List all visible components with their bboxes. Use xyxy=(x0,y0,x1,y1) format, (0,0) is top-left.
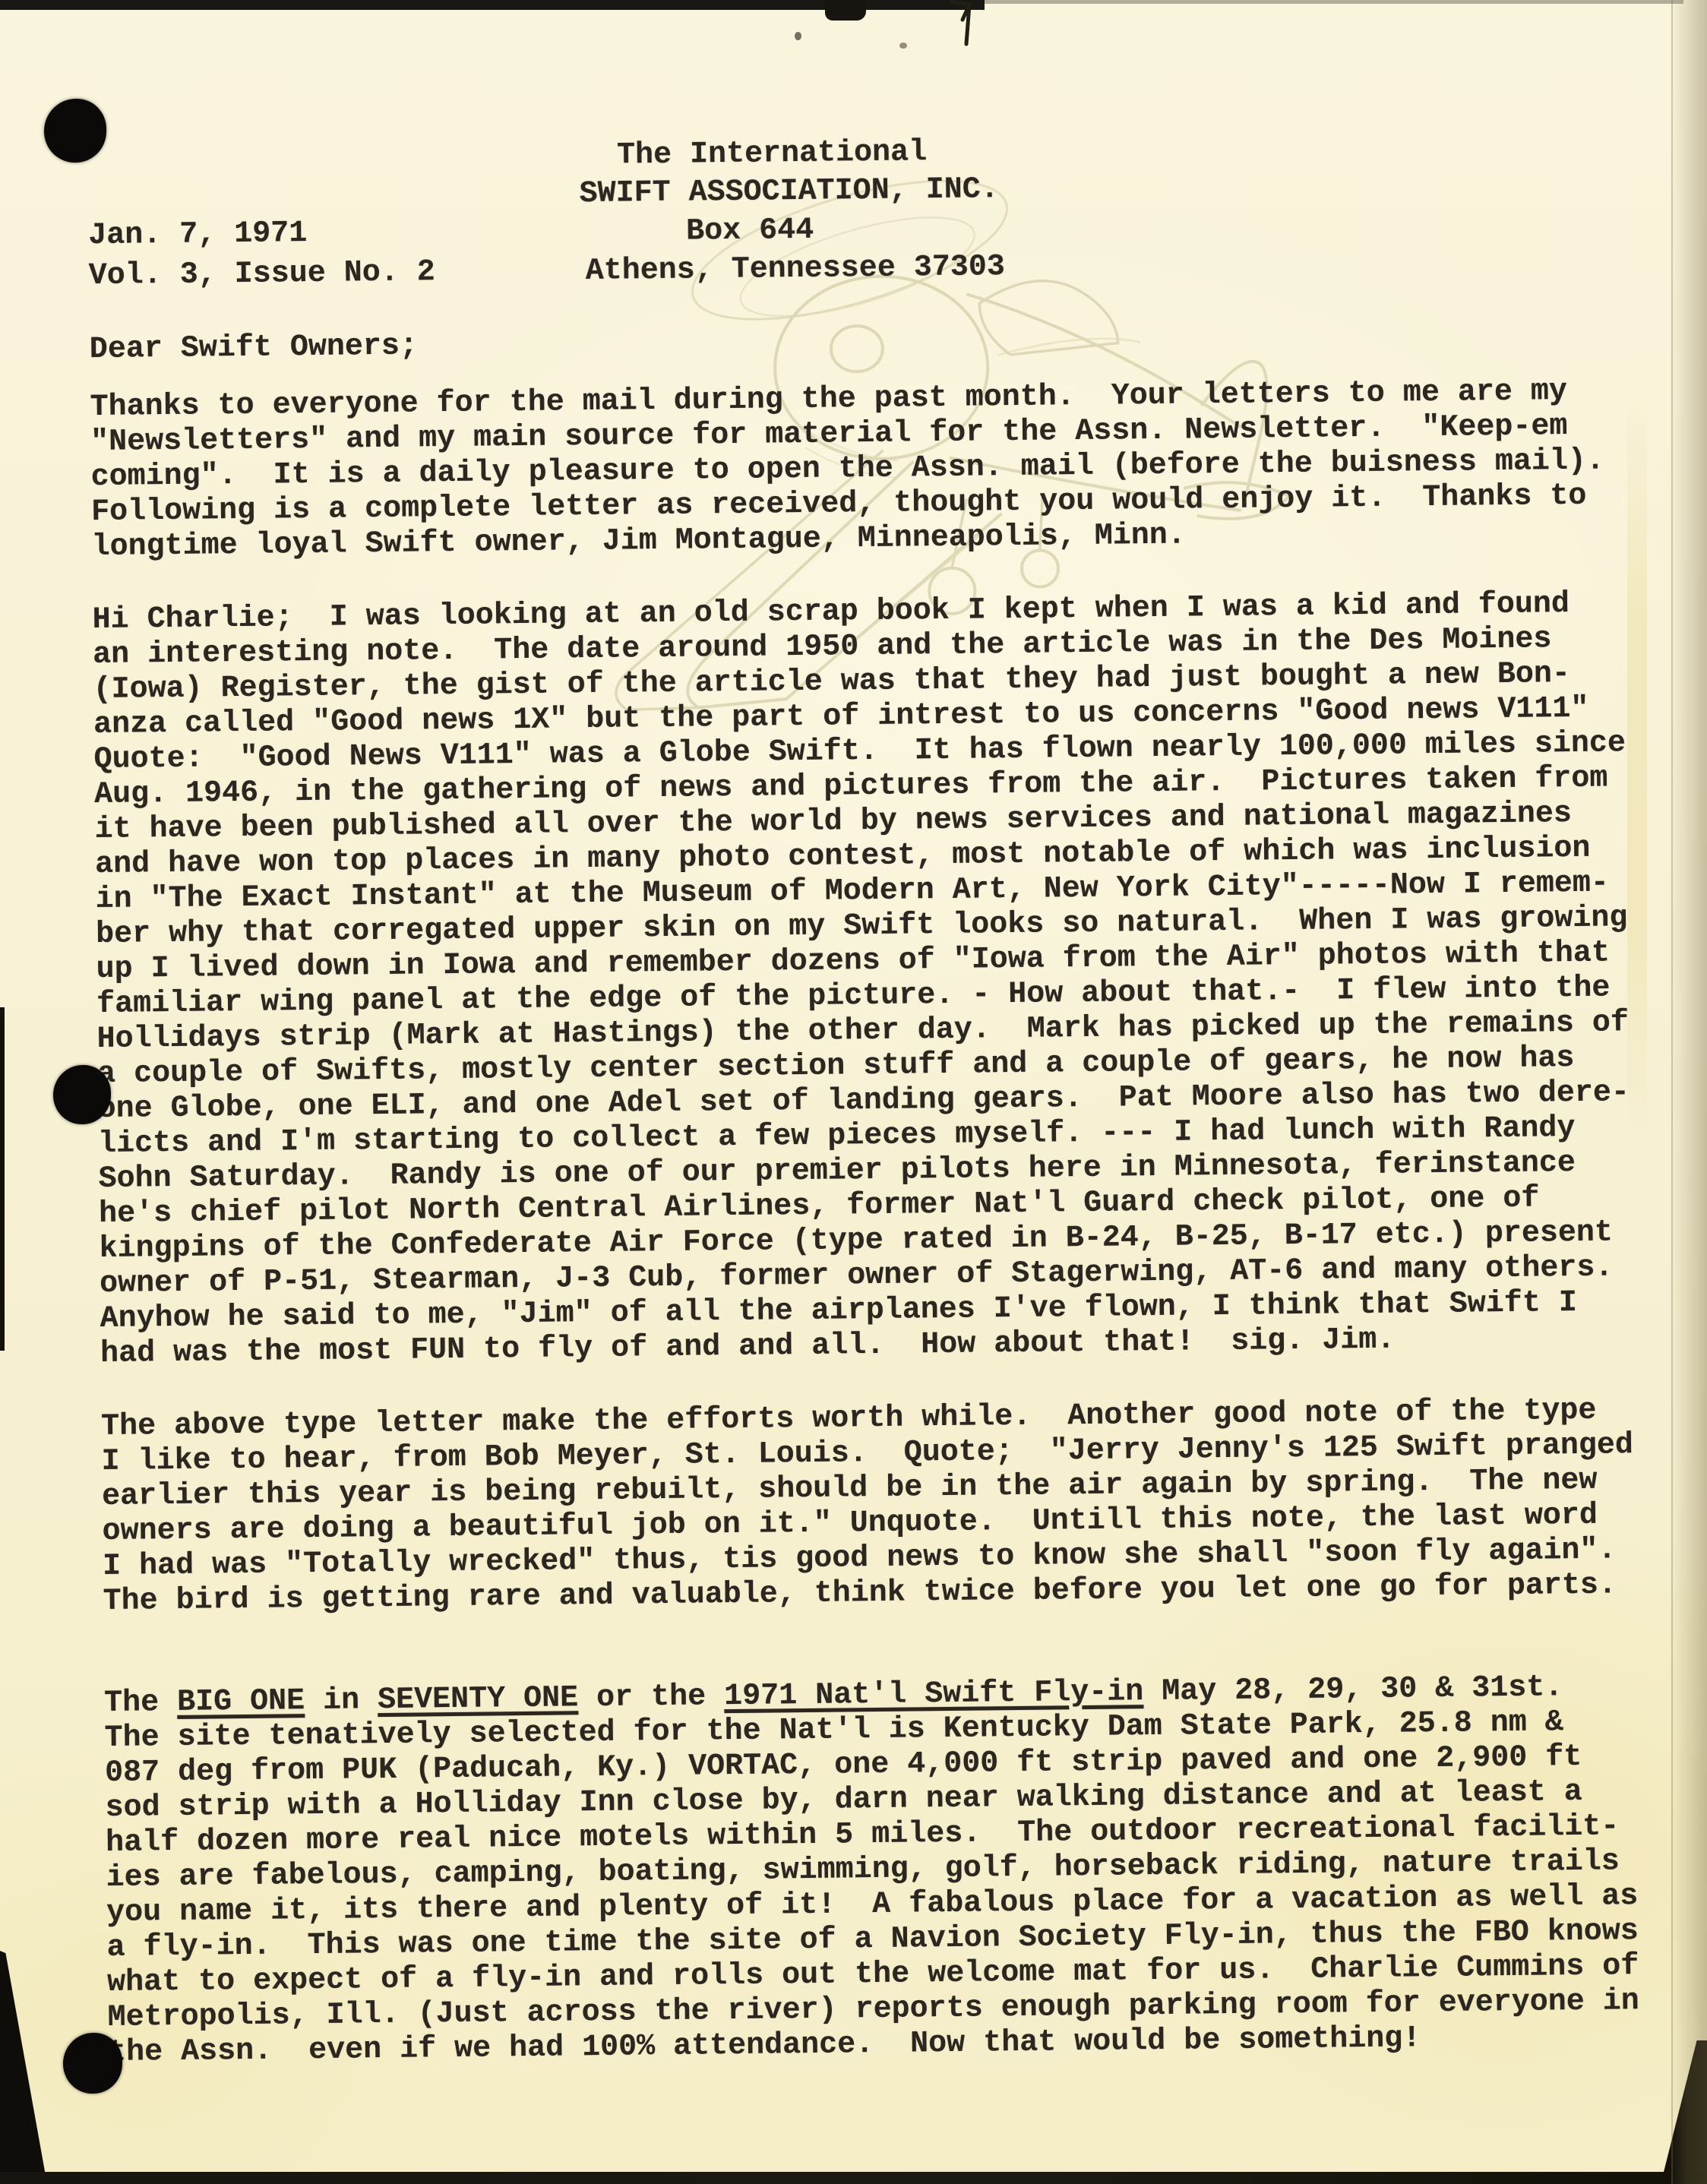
fly-in-line-segment: in xyxy=(305,1683,378,1718)
paper-right-edge-line xyxy=(1671,0,1673,2184)
org-name-line-1: The International xyxy=(617,135,928,173)
fly-in-line-segment: May 28, 29, 30 & 31st. xyxy=(1143,1670,1563,1709)
underlined-phrase-fly-in: 1971 Nat'l Swift Fly-in xyxy=(724,1675,1144,1714)
scan-artifact-left-edge xyxy=(0,1007,5,1351)
paper-right-edge-shadow xyxy=(1670,0,1707,2184)
letter-content-layer: The International SWIFT ASSOCIATION, INC… xyxy=(0,0,1707,2184)
scan-artifact-speck xyxy=(899,43,907,49)
hole-punch-top xyxy=(44,99,106,163)
scan-artifact-top-edge-thin xyxy=(985,0,1683,4)
letter-paragraph-3: The above type letter make the efforts w… xyxy=(101,1393,1680,1620)
staple-mark-icon xyxy=(947,0,978,49)
paper-stain-streak xyxy=(1627,395,1647,1139)
letter-paragraph-4-rest: The site tenatively selected for the Nat… xyxy=(104,1670,1639,2070)
letter-paragraph-1: Thanks to everyone for the mail during t… xyxy=(90,374,1667,565)
scanned-letter-page: The International SWIFT ASSOCIATION, INC… xyxy=(0,0,1707,2184)
scan-artifact-top-blob xyxy=(825,0,866,21)
scan-artifact-bottom-edge xyxy=(0,2172,1707,2184)
org-address-box: Box 644 xyxy=(686,213,814,250)
letter-body: Thanks to everyone for the mail during t… xyxy=(90,374,1684,2071)
dateline-issue: Vol. 3, Issue No. 2 xyxy=(89,255,436,294)
letter-paragraph-2: Hi Charlie; I was looking at an old scra… xyxy=(92,586,1677,1372)
org-address-city: Athens, Tennessee 37303 xyxy=(586,250,1006,289)
dateline-date: Jan. 7, 1971 xyxy=(88,217,308,254)
letter-paragraph-4: The BIG ONE in SEVENTY ONE or the 1971 N… xyxy=(104,1670,1684,2071)
scan-artifact-speck xyxy=(795,32,801,40)
underlined-phrase-seventy-one: SEVENTY ONE xyxy=(378,1681,579,1718)
org-name-line-2: SWIFT ASSOCIATION, INC. xyxy=(579,172,999,212)
fly-in-line-segment: or the xyxy=(578,1680,725,1715)
fly-in-line-segment: The xyxy=(104,1686,177,1721)
hole-punch-middle xyxy=(53,1065,111,1124)
hole-punch-bottom xyxy=(63,2033,122,2094)
underlined-phrase-big-one: BIG ONE xyxy=(177,1684,305,1720)
salutation: Dear Swift Owners; xyxy=(90,329,419,368)
